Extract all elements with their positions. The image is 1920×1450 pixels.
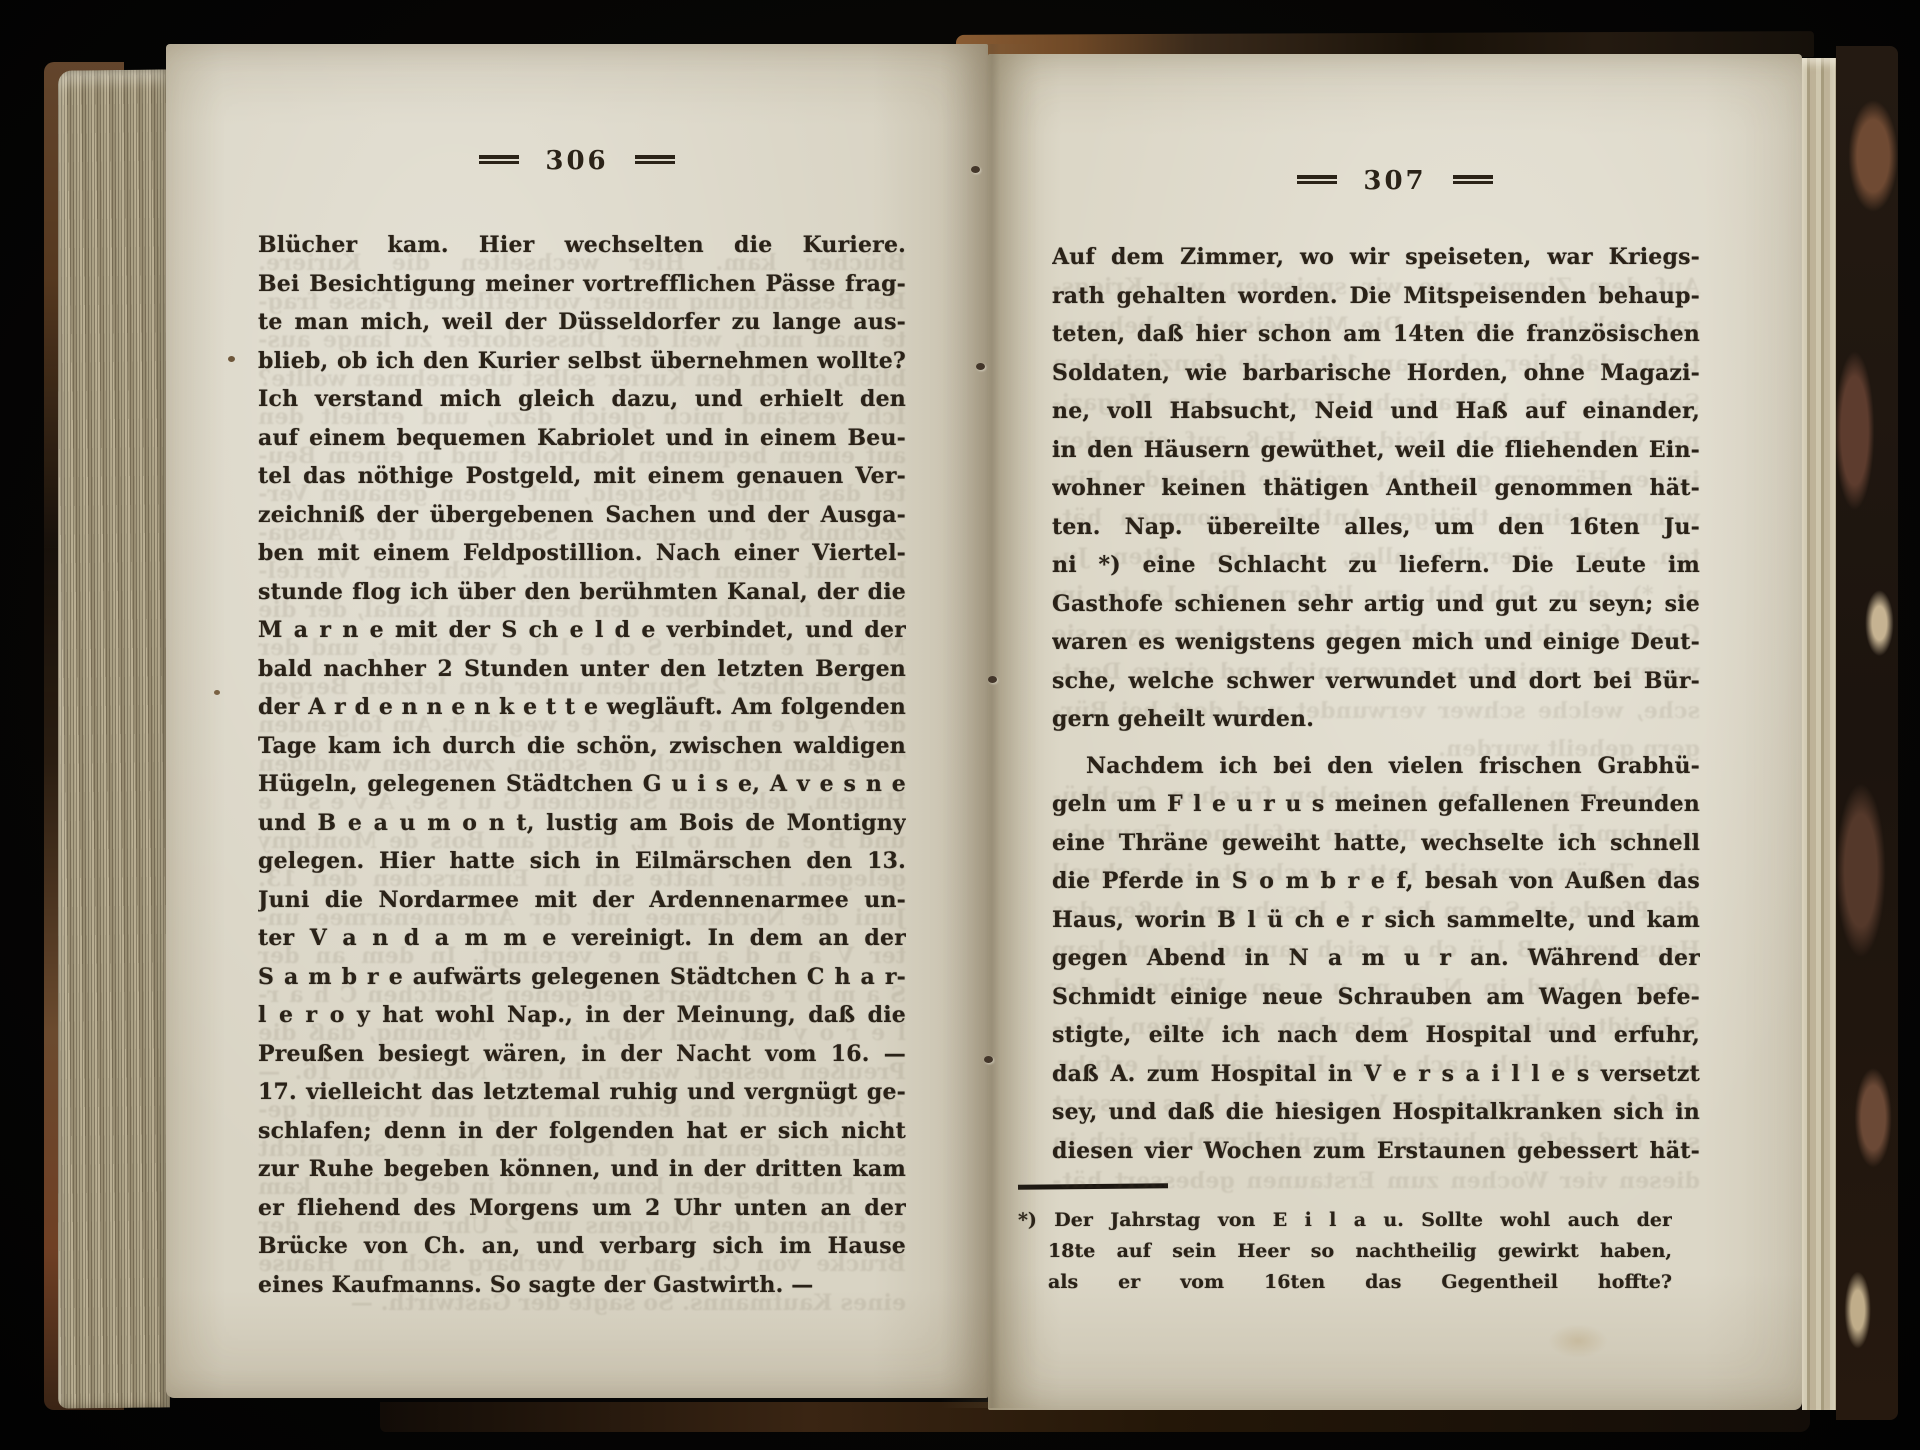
text-line: bald nachher 2 Stunden unter den letzten… [258, 650, 906, 689]
text-line: Blücher kam. Hier wechselten die Kuriere… [258, 226, 906, 265]
text-line: auf einem bequemen Kabriolet und in eine… [258, 419, 906, 458]
text-line: sche, welche schwer verwundet und dort b… [1052, 662, 1700, 701]
text-line: eines Kaufmanns. So sagte der Gastwirth.… [258, 1266, 906, 1305]
page-307-header: 307 [988, 164, 1802, 198]
footnote-separator-rule [1018, 1183, 1168, 1190]
footnote-line: *) Der Jahrstag von E i l a u. Sollte wo… [1018, 1205, 1672, 1236]
text-line: Auf dem Zimmer, wo wir speiseten, war Kr… [1052, 238, 1700, 277]
text-line: wohner keinen thätigen Antheil genommen … [1052, 469, 1700, 508]
text-line: rath gehalten worden. Die Mitspeisenden … [1052, 277, 1700, 316]
text-line: Haus, worin B l ü ch e r sich sammelte, … [1052, 901, 1700, 940]
text-line: te man mich, weil der Düsseldorfer zu la… [258, 303, 906, 342]
page-307: 307 Auf dem Zimmer, wo wir speiseten, wa… [988, 54, 1802, 1410]
text-line: gegen Abend in N a m u r an. Während der [1052, 939, 1700, 978]
paragraph-2: Nachdem ich bei den vielen frischen Grab… [1052, 747, 1700, 1171]
sewing-hole [988, 676, 997, 683]
text-line: er fliehend des Morgens um 2 Uhr unten a… [258, 1189, 906, 1228]
page-number: 306 [545, 146, 608, 176]
text-line: stunde flog ich über den berühmten Kanal… [258, 573, 906, 612]
text-line: die Pferde in S o m b r e f, besah von A… [1052, 862, 1700, 901]
footnote-line: 18te auf sein Heer so nachtheilig gewirk… [1018, 1236, 1672, 1267]
text-line: Tage kam ich durch die schön, zwischen w… [258, 727, 906, 766]
text-line: daß A. zum Hospital in V e r s a i l l e… [1052, 1055, 1700, 1094]
text-line: und B e a u m o n t, lustig am Bois de M… [258, 804, 906, 843]
text-line: Soldaten, wie barbarische Horden, ohne M… [1052, 354, 1700, 393]
text-line: S a m b r e aufwärts gelegenen Städtchen… [258, 958, 906, 997]
left-page-block-fore-edge [58, 69, 170, 1408]
text-line: Preußen besiegt wären, in der Nacht vom … [258, 1035, 906, 1074]
text-line: Brücke von Ch. an, und verbarg sich im H… [258, 1227, 906, 1266]
text-line: geln um F l e u r u s meinen gefallenen … [1052, 785, 1700, 824]
photo-background: 306 Blücher kam. Hier wechselten die Kur… [0, 0, 1920, 1450]
text-line: der A r d e n n e n k e t t e wegläuft. … [258, 688, 906, 727]
text-line: ter V a n d a m m e vereinigt. In dem an… [258, 919, 906, 958]
page-307-text: Auf dem Zimmer, wo wir speiseten, war Kr… [988, 238, 1802, 1170]
header-dash-left [1297, 175, 1337, 184]
text-line: tel das nöthige Postgeld, mit einem gena… [258, 457, 906, 496]
text-line: 17. vielleicht das letztemal ruhig und v… [258, 1073, 906, 1112]
text-line: gelegen. Hier hatte sich in Eilmärschen … [258, 842, 906, 881]
text-line: M a r n e mit der S ch e l d e verbindet… [258, 611, 906, 650]
text-line: teten, daß hier schon am 14ten die franz… [1052, 315, 1700, 354]
footnote-text: *) Der Jahrstag von E i l a u. Sollte wo… [1018, 1205, 1802, 1298]
text-line: waren es wenigstens gegen mich und einig… [1052, 623, 1700, 662]
header-dash-right [1453, 175, 1493, 184]
paper-stain [228, 356, 235, 362]
text-line: schlafen; denn in der folgenden hat er s… [258, 1112, 906, 1151]
text-line: Schmidt einige neue Schrauben am Wagen b… [1052, 978, 1700, 1017]
text-line: zur Ruhe begeben können, und in der drit… [258, 1150, 906, 1189]
paper-stain [214, 690, 220, 695]
page-306-header: 306 [166, 144, 988, 178]
paper-stain [1548, 1324, 1608, 1358]
text-line: Bei Besichtigung meiner vortrefflichen P… [258, 265, 906, 304]
text-line: ten. Nap. übereilte alles, um den 16ten … [1052, 508, 1700, 547]
text-line: Ich verstand mich gleich dazu, und erhie… [258, 380, 906, 419]
paragraph-1: Auf dem Zimmer, wo wir speiseten, war Kr… [1052, 238, 1700, 739]
text-line: Juni die Nordarmee mit der Ardennenarmee… [258, 881, 906, 920]
right-marbled-board-cover [1836, 46, 1898, 1420]
text-line: blieb, ob ich den Kurier selbst übernehm… [258, 342, 906, 381]
text-line: Nachdem ich bei den vielen frischen Grab… [1052, 747, 1700, 786]
page-306-text: Blücher kam. Hier wechselten die Kuriere… [166, 226, 988, 1304]
text-line: zeichniß der übergebenen Sachen und der … [258, 496, 906, 535]
header-dash-right [635, 155, 675, 164]
page-number: 307 [1363, 166, 1426, 196]
header-dash-left [479, 155, 519, 164]
text-line: ne, voll Habsucht, Neid und Haß auf eina… [1052, 392, 1700, 431]
text-line: Gasthofe schienen sehr artig und gut zu … [1052, 585, 1700, 624]
text-line: diesen vier Wochen zum Erstaunen gebesse… [1052, 1132, 1700, 1171]
text-line: ben mit einem Feldpostillion. Nach einer… [258, 534, 906, 573]
sewing-hole [976, 363, 985, 370]
text-line: Hügeln, gelegenen Städtchen G u i s e, A… [258, 765, 906, 804]
text-line: gern geheilt wurden. [1052, 700, 1700, 739]
text-line: ni *) eine Schlacht zu liefern. Die Leut… [1052, 546, 1700, 585]
sewing-hole [984, 1056, 993, 1063]
page-306: 306 Blücher kam. Hier wechselten die Kur… [166, 44, 988, 1398]
text-line: l e r o y hat wohl Nap., in der Meinung,… [258, 996, 906, 1035]
right-page-block-edge [1802, 58, 1836, 1410]
text-line: stigte, eilte ich nach dem Hospital und … [1052, 1016, 1700, 1055]
text-line: eine Thräne geweiht hatte, wechselte ich… [1052, 824, 1700, 863]
sewing-hole [971, 166, 980, 173]
text-line: sey, und daß die hiesigen Hospitalkranke… [1052, 1093, 1700, 1132]
footnote-line: als er vom 16ten das Gegentheil hoffte? [1018, 1267, 1672, 1298]
text-line: in den Häusern gewüthet, weil die fliehe… [1052, 431, 1700, 470]
